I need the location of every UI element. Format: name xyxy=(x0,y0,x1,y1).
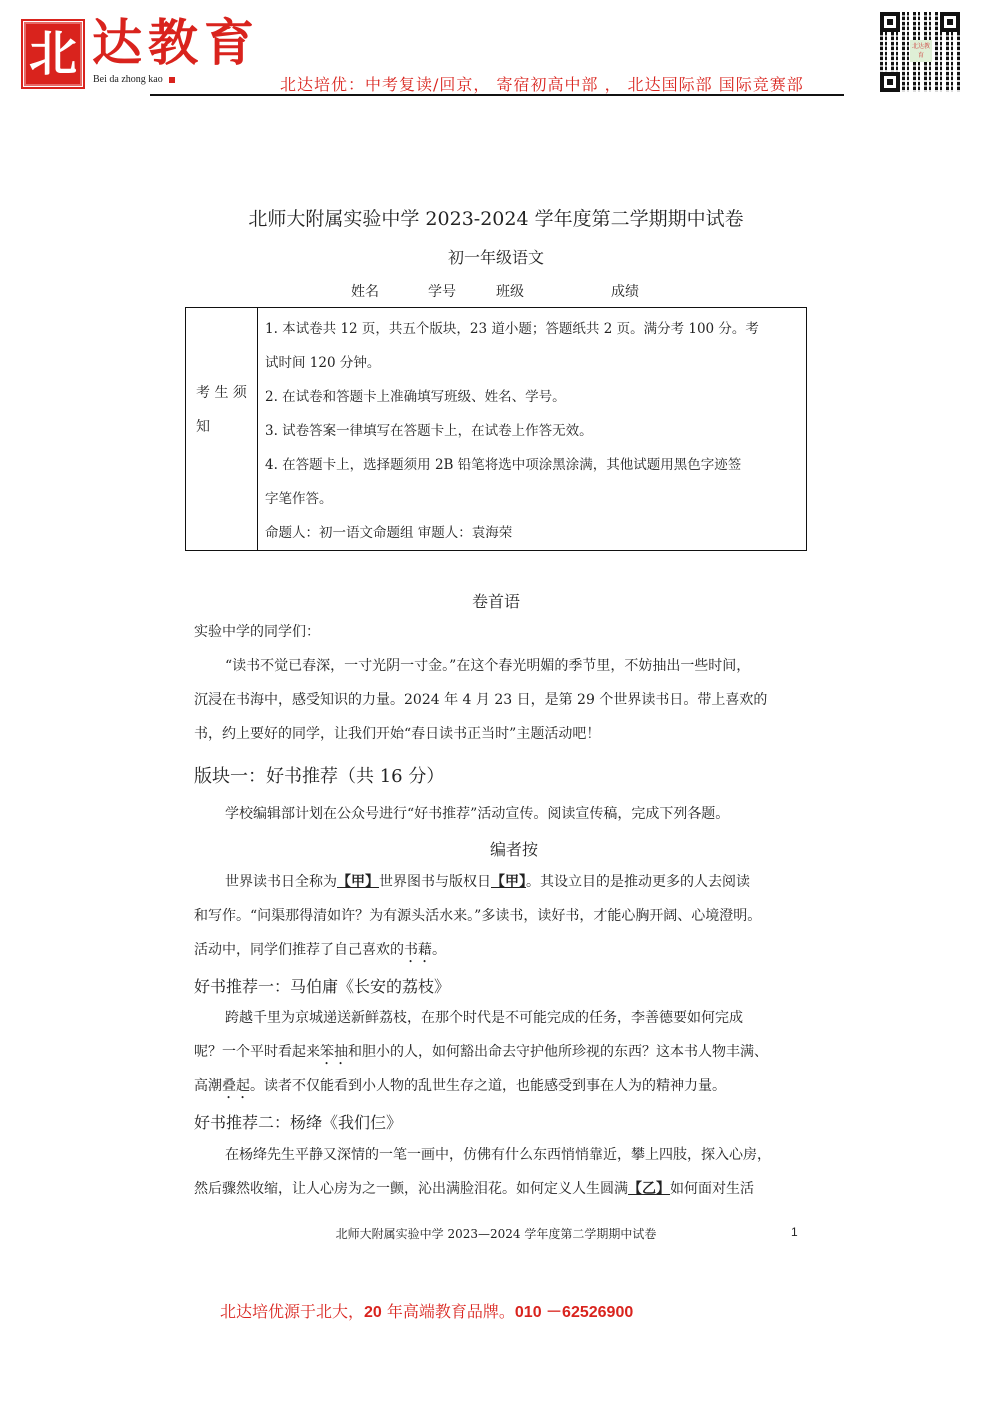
notice-item: 4. 在答题卡上，选择题须用 2B 铅笔将选中项涂黑涂满，其他试题用黑色字迹签 xyxy=(265,448,800,482)
emphasized-word: 叠起 xyxy=(222,1078,250,1094)
rec2-line: 然后骤然收缩，让人心房为之一颤，沁出满脸泪花。如何定义人生圆满【乙】如何面对生活 xyxy=(194,1172,804,1206)
notice-item: 试时间 120 分钟。 xyxy=(265,346,800,380)
notice-label-char: 生 xyxy=(214,385,228,401)
notice-reviewer: 审题人：袁海荣 xyxy=(418,525,513,541)
rec2-line: 在杨绛先生平静又深情的一笔一画中，仿佛有什么东西悄悄靠近，攀上四肢，探入心房， xyxy=(194,1138,804,1172)
field-id-label: 学号 xyxy=(428,281,456,301)
text-run: 如何面对生活 xyxy=(670,1181,754,1197)
text-run: 和胆小的人，如何豁出命去守护他所珍视的东西？这本书人物丰满、 xyxy=(348,1044,768,1060)
rec1-line: 呢？一个平时看起来笨抽和胆小的人，如何豁出命去守护他所珍视的东西？这本书人物丰满… xyxy=(194,1035,804,1069)
blank-jia-1: 【甲】 xyxy=(337,874,379,890)
notice-item: 2. 在试卷和答题卡上准确填写班级、姓名、学号。 xyxy=(265,380,800,414)
preface-line: 书，约上要好的同学，让我们开始“春日读书正当时”主题活动吧！ xyxy=(194,717,804,751)
notice-signatures: 命题人：初一语文命题组 审题人：袁海荣 xyxy=(265,516,800,550)
page-number: 1 xyxy=(791,1225,798,1239)
text-run: 高潮 xyxy=(194,1078,222,1094)
notice-label: 考 生 须 知 xyxy=(186,308,258,551)
logo-subtitle-text: Bei da zhong kao xyxy=(93,74,163,85)
field-class-label: 班级 xyxy=(496,281,524,301)
qr-code-icon: 北达教育 xyxy=(880,12,960,92)
notice-label-char: 须 xyxy=(233,385,247,401)
preface-line: 沉浸在书海中，感受知识的力量。2024 年 4 月 23 日，是第 29 个世界… xyxy=(194,683,804,717)
emphasized-word: 笨抽 xyxy=(320,1044,348,1060)
notice-author: 命题人：初一语文命题组 xyxy=(265,525,414,541)
text-run: 年高端教育品牌。 xyxy=(382,1302,515,1321)
editor-note-heading: 编者按 xyxy=(18,837,992,860)
recommendation-2-body: 在杨绛先生平静又深情的一笔一画中，仿佛有什么东西悄悄靠近，攀上四肢，探入心房， … xyxy=(194,1138,804,1206)
preface-line: “读书不觉已春深，一寸光阴一寸金。”在这个春光明媚的季节里，不妨抽出一些时间， xyxy=(194,649,804,683)
phone-number: 010 －62526900 xyxy=(515,1304,633,1321)
exam-subtitle: 初一年级语文 xyxy=(0,245,992,268)
brand-logo-text: 达教育 xyxy=(92,18,260,68)
editor-line: 世界读书日全称为【甲】世界图书与版权日【甲】。其设立目的是推动更多的人去阅读 xyxy=(194,865,804,899)
logo-mark-char: 北 xyxy=(29,30,77,78)
brand-logo-mark: 北 xyxy=(24,22,82,86)
notice-item: 字笔作答。 xyxy=(265,482,800,516)
preface-greeting: 实验中学的同学们： xyxy=(194,615,804,649)
text-run: 世界读书日全称为 xyxy=(225,874,337,890)
text-run: 世界图书与版权日 xyxy=(379,874,491,890)
field-score-label: 成绩 xyxy=(611,281,639,301)
square-bullet-icon xyxy=(169,77,175,83)
header-slogan: 北达培优：中考复读/回京， 寄宿初高中部 ， 北达国际部 国际竞赛部 xyxy=(280,72,804,95)
exam-notice-table: 考 生 须 知 1. 本试卷共 12 页，共五个版块，23 道小题；答题纸共 2… xyxy=(185,307,807,551)
rec1-line: 高潮叠起。读者不仅能看到小人物的乱世生存之道，也能感受到事在人为的精神力量。 xyxy=(194,1069,804,1103)
notice-label-char: 考 xyxy=(196,385,210,401)
editor-note-body: 世界读书日全称为【甲】世界图书与版权日【甲】。其设立目的是推动更多的人去阅读 和… xyxy=(194,865,804,967)
rec1-line: 跨越千里为京城递送新鲜荔枝，在那个时代是不可能完成的任务，李善德要如何完成 xyxy=(194,1001,804,1035)
recommendation-1-body: 跨越千里为京城递送新鲜荔枝，在那个时代是不可能完成的任务，李善德要如何完成 呢？… xyxy=(194,1001,804,1103)
promo-banner: 北达培优源于北大，20 年高端教育品牌。010 －62526900 xyxy=(220,1299,633,1322)
text-run: 。读者不仅能看到小人物的乱世生存之道，也能感受到事在人为的精神力量。 xyxy=(250,1078,726,1094)
blank-yi: 【乙】 xyxy=(628,1181,670,1197)
brand-logo-subtitle: Bei da zhong kao xyxy=(93,74,175,85)
running-footer-title: 北师大附属实验中学 2023—2024 学年度第二学期期中试卷 xyxy=(0,1225,992,1242)
text-run: 然后骤然收缩，让人心房为之一颤，沁出满脸泪花。如何定义人生圆满 xyxy=(194,1181,628,1197)
field-name-label: 姓名 xyxy=(351,281,379,301)
text-run: 。其设立目的是推动更多的人去阅读 xyxy=(526,874,750,890)
section-heading: 版块一：好书推荐（共 16 分） xyxy=(194,762,444,788)
text-run: 活动中，同学们推荐了自己喜欢的 xyxy=(194,942,404,958)
notice-label-char: 知 xyxy=(196,419,210,435)
text-run: 20 xyxy=(364,1304,382,1321)
preface-heading: 卷首语 xyxy=(0,589,992,612)
text-run: 北达培优源于北大， xyxy=(220,1302,364,1321)
recommendation-1-heading: 好书推荐一：马伯庸《长安的荔枝》 xyxy=(194,974,450,997)
recommendation-2-heading: 好书推荐二：杨绛《我们仨》 xyxy=(194,1110,402,1133)
editor-line: 活动中，同学们推荐了自己喜欢的书藉。 xyxy=(194,933,804,967)
notice-item: 1. 本试卷共 12 页，共五个版块，23 道小题；答题纸共 2 页。满分考 1… xyxy=(265,312,800,346)
text-run: 呢？一个平时看起来 xyxy=(194,1044,320,1060)
notice-item: 3. 试卷答案一律填写在答题卡上，在试卷上作答无效。 xyxy=(265,414,800,448)
blank-jia-2: 【甲】 xyxy=(491,874,526,890)
notice-body: 1. 本试卷共 12 页，共五个版块，23 道小题；答题纸共 2 页。满分考 1… xyxy=(258,308,807,551)
text-run: 。 xyxy=(432,942,446,958)
editor-line: 和写作。“问渠那得清如许？为有源头活水来。”多读书，读好书，才能心胸开阔、心境澄… xyxy=(194,899,804,933)
section-intro: 学校编辑部计划在公众号进行“好书推荐”活动宣传。阅读宣传稿，完成下列各题。 xyxy=(194,797,804,831)
preface-body: “读书不觉已春深，一寸光阴一寸金。”在这个春光明媚的季节里，不妨抽出一些时间， … xyxy=(194,649,804,751)
emphasized-word: 书藉 xyxy=(404,942,432,958)
header-divider xyxy=(150,94,844,96)
exam-title: 北师大附属实验中学 2023-2024 学年度第二学期期中试卷 xyxy=(0,204,992,231)
qr-center-logo: 北达教育 xyxy=(910,40,932,62)
